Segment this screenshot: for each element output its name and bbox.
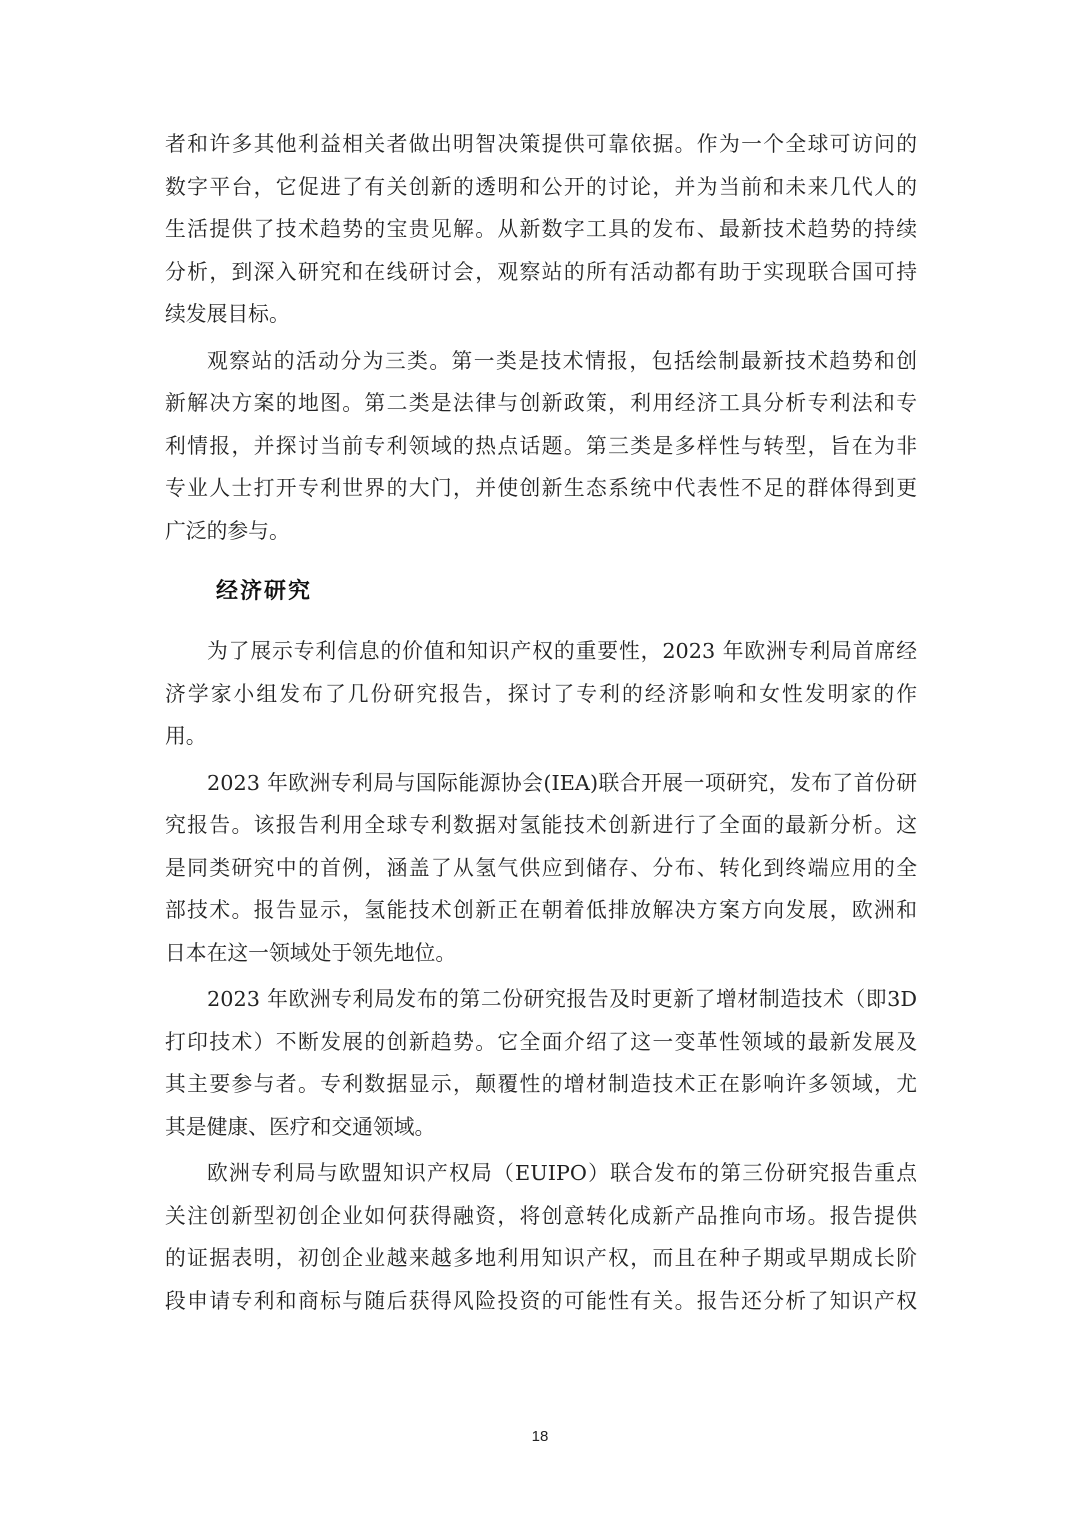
text-line: 济学家小组发布了几份研究报告，探讨了专利的经济影响和女性发明家的作: [165, 673, 917, 716]
text-line: 是同类研究中的首例，涵盖了从氢气供应到储存、分布、转化到终端应用的全: [165, 847, 917, 890]
text-line: 分析，到深入研究和在线研讨会，观察站的所有活动都有助于实现联合国可持: [165, 251, 917, 294]
page-number: 18: [0, 1428, 1080, 1445]
text-line: 究报告。该报告利用全球专利数据对氢能技术创新进行了全面的最新分析。这: [165, 804, 917, 847]
text-line: 其主要参与者。专利数据显示，颠覆性的增材制造技术正在影响许多领域，尤: [165, 1063, 917, 1106]
text-line: 关注创新型初创企业如何获得融资，将创意转化成新产品推向市场。报告提供: [165, 1195, 917, 1238]
text-line: 广泛的参与。: [165, 510, 917, 553]
text-line: 日本在这一领域处于领先地位。: [165, 932, 917, 975]
text-line: 用。: [165, 715, 917, 758]
text-line: 利情报，并探讨当前专利领域的热点话题。第三类是多样性与转型，旨在为非: [165, 425, 917, 468]
text-line: 者和许多其他利益相关者做出明智决策提供可靠依据。作为一个全球可访问的: [165, 123, 917, 166]
paragraph-economic-intro: 为了展示专利信息的价值和知识产权的重要性，2023 年欧洲专利局首席经 济学家小…: [165, 630, 917, 758]
text-line: 2023 年欧洲专利局与国际能源协会(IEA)联合开展一项研究，发布了首份研: [165, 762, 917, 805]
text-line: 部技术。报告显示，氢能技术创新正在朝着低排放解决方案方向发展，欧洲和: [165, 889, 917, 932]
section-heading: 经济研究: [216, 574, 312, 610]
text-line: 2023 年欧洲专利局发布的第二份研究报告及时更新了增材制造技术（即3D: [165, 978, 917, 1021]
text-line: 的证据表明，初创企业越来越多地利用知识产权，而且在种子期或早期成长阶: [165, 1237, 917, 1280]
body-text-block-1: 者和许多其他利益相关者做出明智决策提供可靠依据。作为一个全球可访问的 数字平台，…: [165, 123, 917, 556]
text-line: 为了展示专利信息的价值和知识产权的重要性，2023 年欧洲专利局首席经: [165, 630, 917, 673]
text-line: 新解决方案的地图。第二类是法律与创新政策，利用经济工具分析专利法和专: [165, 382, 917, 425]
text-line: 生活提供了技术趋势的宝贵见解。从新数字工具的发布、最新技术趋势的持续: [165, 208, 917, 251]
body-text-block-2: 为了展示专利信息的价值和知识产权的重要性，2023 年欧洲专利局首席经 济学家小…: [165, 630, 917, 1326]
document-page: 者和许多其他利益相关者做出明智决策提供可靠依据。作为一个全球可访问的 数字平台，…: [0, 0, 1080, 1528]
text-line: 续发展目标。: [165, 293, 917, 336]
text-line: 打印技术）不断发展的创新趋势。它全面介绍了这一变革性领域的最新发展及: [165, 1021, 917, 1064]
paragraph-observatory-activities: 观察站的活动分为三类。第一类是技术情报，包括绘制最新技术趋势和创 新解决方案的地…: [165, 340, 917, 553]
paragraph-hydrogen-study: 2023 年欧洲专利局与国际能源协会(IEA)联合开展一项研究，发布了首份研 究…: [165, 762, 917, 975]
text-line: 欧洲专利局与欧盟知识产权局（EUIPO）联合发布的第三份研究报告重点: [165, 1152, 917, 1195]
text-line: 数字平台，它促进了有关创新的透明和公开的讨论，并为当前和未来几代人的: [165, 166, 917, 209]
text-line: 其是健康、医疗和交通领域。: [165, 1106, 917, 1149]
text-line: 专业人士打开专利世界的大门，并使创新生态系统中代表性不足的群体得到更: [165, 467, 917, 510]
paragraph-startup-financing: 欧洲专利局与欧盟知识产权局（EUIPO）联合发布的第三份研究报告重点 关注创新型…: [165, 1152, 917, 1322]
paragraph-continuation: 者和许多其他利益相关者做出明智决策提供可靠依据。作为一个全球可访问的 数字平台，…: [165, 123, 917, 336]
paragraph-additive-manufacturing: 2023 年欧洲专利局发布的第二份研究报告及时更新了增材制造技术（即3D 打印技…: [165, 978, 917, 1148]
text-line: 观察站的活动分为三类。第一类是技术情报，包括绘制最新技术趋势和创: [165, 340, 917, 383]
text-line: 段申请专利和商标与随后获得风险投资的可能性有关。报告还分析了知识产权: [165, 1280, 917, 1323]
